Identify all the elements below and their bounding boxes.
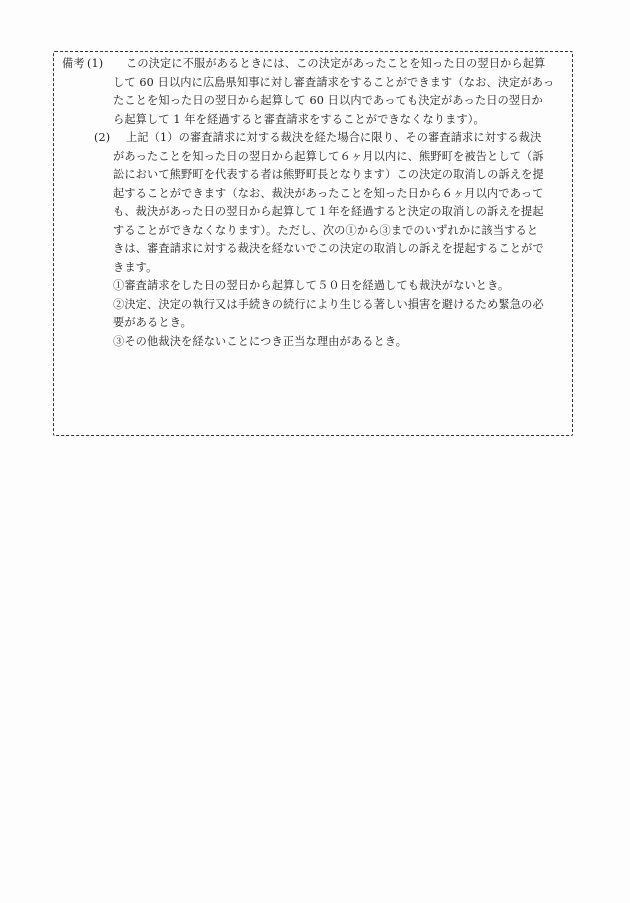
item2-line-7: きは、審査請求に対する裁決を経ないでこの決定の取消しの訴えを提起することがで xyxy=(113,242,544,256)
item2-line-8: きます。 xyxy=(113,261,157,275)
item1-line-4: ら起算して 1 年を経過すると審査請求をすることができなくなります）。 xyxy=(113,113,485,127)
remarks-box: 備考 (1) この決定に不服があるときには、この決定があったことを知った日の翌日… xyxy=(53,51,573,436)
condition-2-line-2: 要があるとき。 xyxy=(113,316,192,330)
item2-line-6: することができなくなります）。ただし、次の①から③までのいずれかに該当すると xyxy=(113,224,538,238)
condition-2-line-1: ②決定、決定の執行又は手続きの続行により生じる著しい損害を避けるため緊急の必 xyxy=(113,298,544,312)
item1-line-3: たことを知った日の翌日から起算して 60 日以内であっても決定があった日の翌日か xyxy=(113,94,543,108)
item2-line-5: も、裁決があった日の翌日から起算して１年を経過すると決定の取消しの訴えを提起 xyxy=(113,205,544,219)
item2-line-4: 起することができます（なお、裁決があったことを知った日から６ヶ月以内であって xyxy=(113,187,544,201)
condition-1: ①審査請求をした日の翌日から起算して５０日を経過しても裁決がないとき。 xyxy=(113,279,509,293)
item2-line-1: 上記（1）の審査請求に対する裁決を経た場合に限り、その審査請求に対する裁決 xyxy=(126,131,541,145)
item1-number: (1) xyxy=(87,57,103,71)
condition-3: ③その他裁決を経ないことにつき正当な理由があるとき。 xyxy=(113,335,407,349)
remarks-label: 備考 xyxy=(62,57,85,71)
item2-line-3: 訟において熊野町を代表する者は熊野町長となります）この決定の取消しの訴えを提 xyxy=(113,168,544,182)
item2-number: (2) xyxy=(94,131,110,145)
item1-line-2: して 60 日以内に広島県知事に対し審査請求をすることができます（なお、決定があ… xyxy=(113,76,554,90)
item2-line-2: があったことを知った日の翌日から起算して６ヶ月以内に、熊野町を被告として（訴 xyxy=(113,150,544,164)
item1-line-1: この決定に不服があるときには、この決定があったことを知った日の翌日から起算 xyxy=(126,57,545,71)
